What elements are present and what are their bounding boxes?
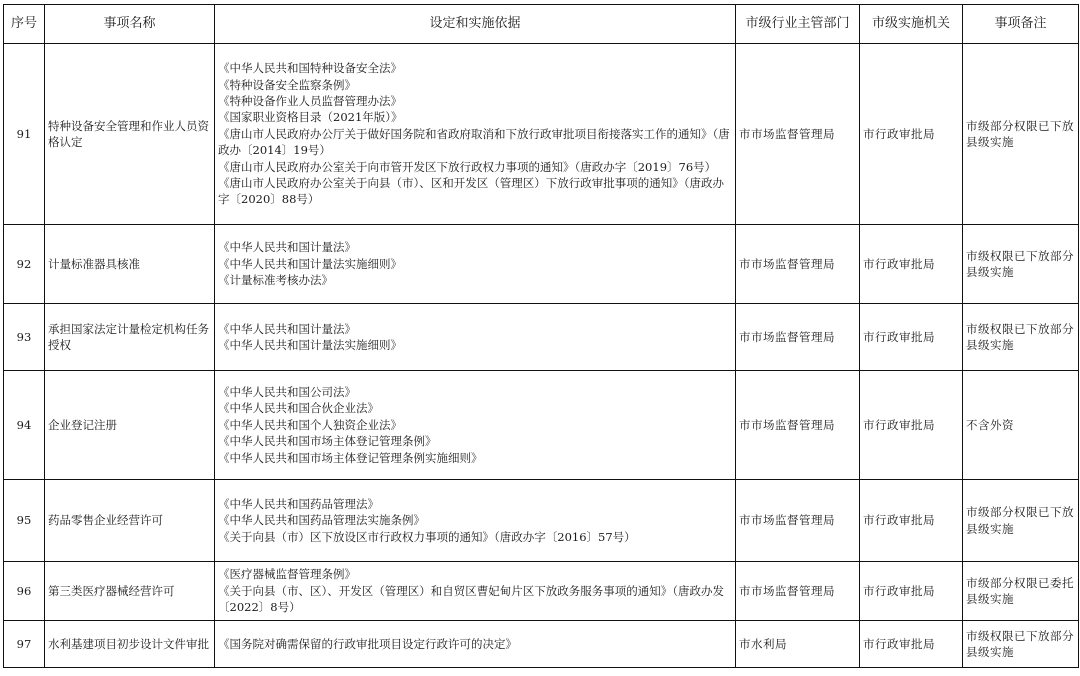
header-row: 序号 事项名称 设定和实施依据 市级行业主管部门 市级实施机关 事项备注 [4,5,1079,44]
basis-item: 《中华人民共和国特种设备安全法》 [218,60,732,76]
basis-list: 《医疗器械监督管理条例》 《关于向县（市、区）、开发区（管理区）和自贸区曹妃甸片… [215,562,736,621]
basis-item: 《唐山市人民政府办公室关于向市管开发区下放行政权力事项的通知》（唐政办字〔201… [218,159,732,175]
item-note: 不含外资 [963,371,1079,480]
basis-item: 《中华人民共和国个人独资企业法》 [218,417,732,433]
table-row: 96 第三类医疗器械经营许可 《医疗器械监督管理条例》 《关于向县（市、区）、开… [4,562,1079,621]
row-index: 95 [4,480,45,562]
item-name: 承担国家法定计量检定机构任务授权 [45,304,215,371]
table-row: 92 计量标准器具核准 《中华人民共和国计量法》 《中华人民共和国计量法实施细则… [4,225,1079,304]
col-header-index: 序号 [4,5,45,44]
row-index: 97 [4,621,45,668]
implementing-org: 市行政审批局 [860,480,963,562]
basis-item: 《中华人民共和国市场主体登记管理条例》 [218,433,732,449]
item-name: 企业登记注册 [45,371,215,480]
implementing-org: 市行政审批局 [860,44,963,225]
dept: 市市场监督管理局 [736,304,860,371]
basis-item: 《中华人民共和国合伙企业法》 [218,400,732,416]
basis-item: 《唐山市人民政府办公厅关于做好国务院和省政府取消和下放行政审批项目衔接落实工作的… [218,126,732,159]
basis-item: 《医疗器械监督管理条例》 [218,566,732,582]
item-note: 市级部分权限已委托县级实施 [963,562,1079,621]
col-header-dept: 市级行业主管部门 [736,5,860,44]
dept: 市水利局 [736,621,860,668]
basis-list: 《国务院对确需保留的行政审批项目设定行政许可的决定》 [215,621,736,668]
item-note: 市级权限已下放部分县级实施 [963,225,1079,304]
basis-list: 《中华人民共和国计量法》 《中华人民共和国计量法实施细则》 [215,304,736,371]
implementing-org: 市行政审批局 [860,304,963,371]
basis-item: 《特种设备作业人员监督管理办法》 [218,93,732,109]
col-header-name: 事项名称 [45,5,215,44]
basis-item: 《中华人民共和国计量法》 [218,321,732,337]
item-note: 市级部分权限已下放县级实施 [963,44,1079,225]
dept: 市市场监督管理局 [736,225,860,304]
item-name: 计量标准器具核准 [45,225,215,304]
basis-item: 《中华人民共和国计量法》 [218,239,732,255]
dept: 市市场监督管理局 [736,562,860,621]
basis-item: 《中华人民共和国药品管理法实施条例》 [218,512,732,528]
basis-item: 《国家职业资格目录（2021年版）》 [218,109,732,125]
basis-item: 《唐山市人民政府办公室关于向县（市）、区和开发区（管理区）下放行政审批事项的通知… [218,175,732,208]
implementing-org: 市行政审批局 [860,621,963,668]
table-row: 94 企业登记注册 《中华人民共和国公司法》 《中华人民共和国合伙企业法》 《中… [4,371,1079,480]
basis-item: 《计量标准考核办法》 [218,272,732,288]
basis-item: 《中华人民共和国市场主体登记管理条例实施细则》 [218,450,732,466]
item-name: 特种设备安全管理和作业人员资格认定 [45,44,215,225]
item-note: 市级权限已下放部分县级实施 [963,304,1079,371]
table-row: 91 特种设备安全管理和作业人员资格认定 《中华人民共和国特种设备安全法》 《特… [4,44,1079,225]
basis-item: 《中华人民共和国计量法实施细则》 [218,256,732,272]
col-header-basis: 设定和实施依据 [215,5,736,44]
basis-list: 《中华人民共和国公司法》 《中华人民共和国合伙企业法》 《中华人民共和国个人独资… [215,371,736,480]
item-name: 第三类医疗器械经营许可 [45,562,215,621]
administrative-items-table: 序号 事项名称 设定和实施依据 市级行业主管部门 市级实施机关 事项备注 91 … [3,4,1079,668]
col-header-note: 事项备注 [963,5,1079,44]
row-index: 94 [4,371,45,480]
basis-item: 《特种设备安全监察条例》 [218,77,732,93]
implementing-org: 市行政审批局 [860,371,963,480]
table-row: 97 水利基建项目初步设计文件审批 《国务院对确需保留的行政审批项目设定行政许可… [4,621,1079,668]
item-note: 市级权限已下放部分县级实施 [963,621,1079,668]
implementing-org: 市行政审批局 [860,225,963,304]
basis-list: 《中华人民共和国特种设备安全法》 《特种设备安全监察条例》 《特种设备作业人员监… [215,44,736,225]
basis-item: 《中华人民共和国公司法》 [218,384,732,400]
basis-list: 《中华人民共和国计量法》 《中华人民共和国计量法实施细则》 《计量标准考核办法》 [215,225,736,304]
dept: 市市场监督管理局 [736,44,860,225]
table-row: 93 承担国家法定计量检定机构任务授权 《中华人民共和国计量法》 《中华人民共和… [4,304,1079,371]
col-header-org: 市级实施机关 [860,5,963,44]
basis-item: 《中华人民共和国计量法实施细则》 [218,337,732,353]
basis-list: 《中华人民共和国药品管理法》 《中华人民共和国药品管理法实施条例》 《关于向县（… [215,480,736,562]
basis-item: 《关于向县（市、区）、开发区（管理区）和自贸区曹妃甸片区下放政务服务事项的通知》… [218,583,732,616]
row-index: 96 [4,562,45,621]
dept: 市市场监督管理局 [736,371,860,480]
table-row: 95 药品零售企业经营许可 《中华人民共和国药品管理法》 《中华人民共和国药品管… [4,480,1079,562]
basis-item: 《国务院对确需保留的行政审批项目设定行政许可的决定》 [218,636,732,652]
implementing-org: 市行政审批局 [860,562,963,621]
item-name: 药品零售企业经营许可 [45,480,215,562]
row-index: 93 [4,304,45,371]
basis-item: 《关于向县（市）区下放设区市行政权力事项的通知》（唐政办字〔2016〕57号） [218,529,732,545]
dept: 市市场监督管理局 [736,480,860,562]
row-index: 91 [4,44,45,225]
basis-item: 《中华人民共和国药品管理法》 [218,496,732,512]
row-index: 92 [4,225,45,304]
item-name: 水利基建项目初步设计文件审批 [45,621,215,668]
item-note: 市级部分权限已下放县级实施 [963,480,1079,562]
